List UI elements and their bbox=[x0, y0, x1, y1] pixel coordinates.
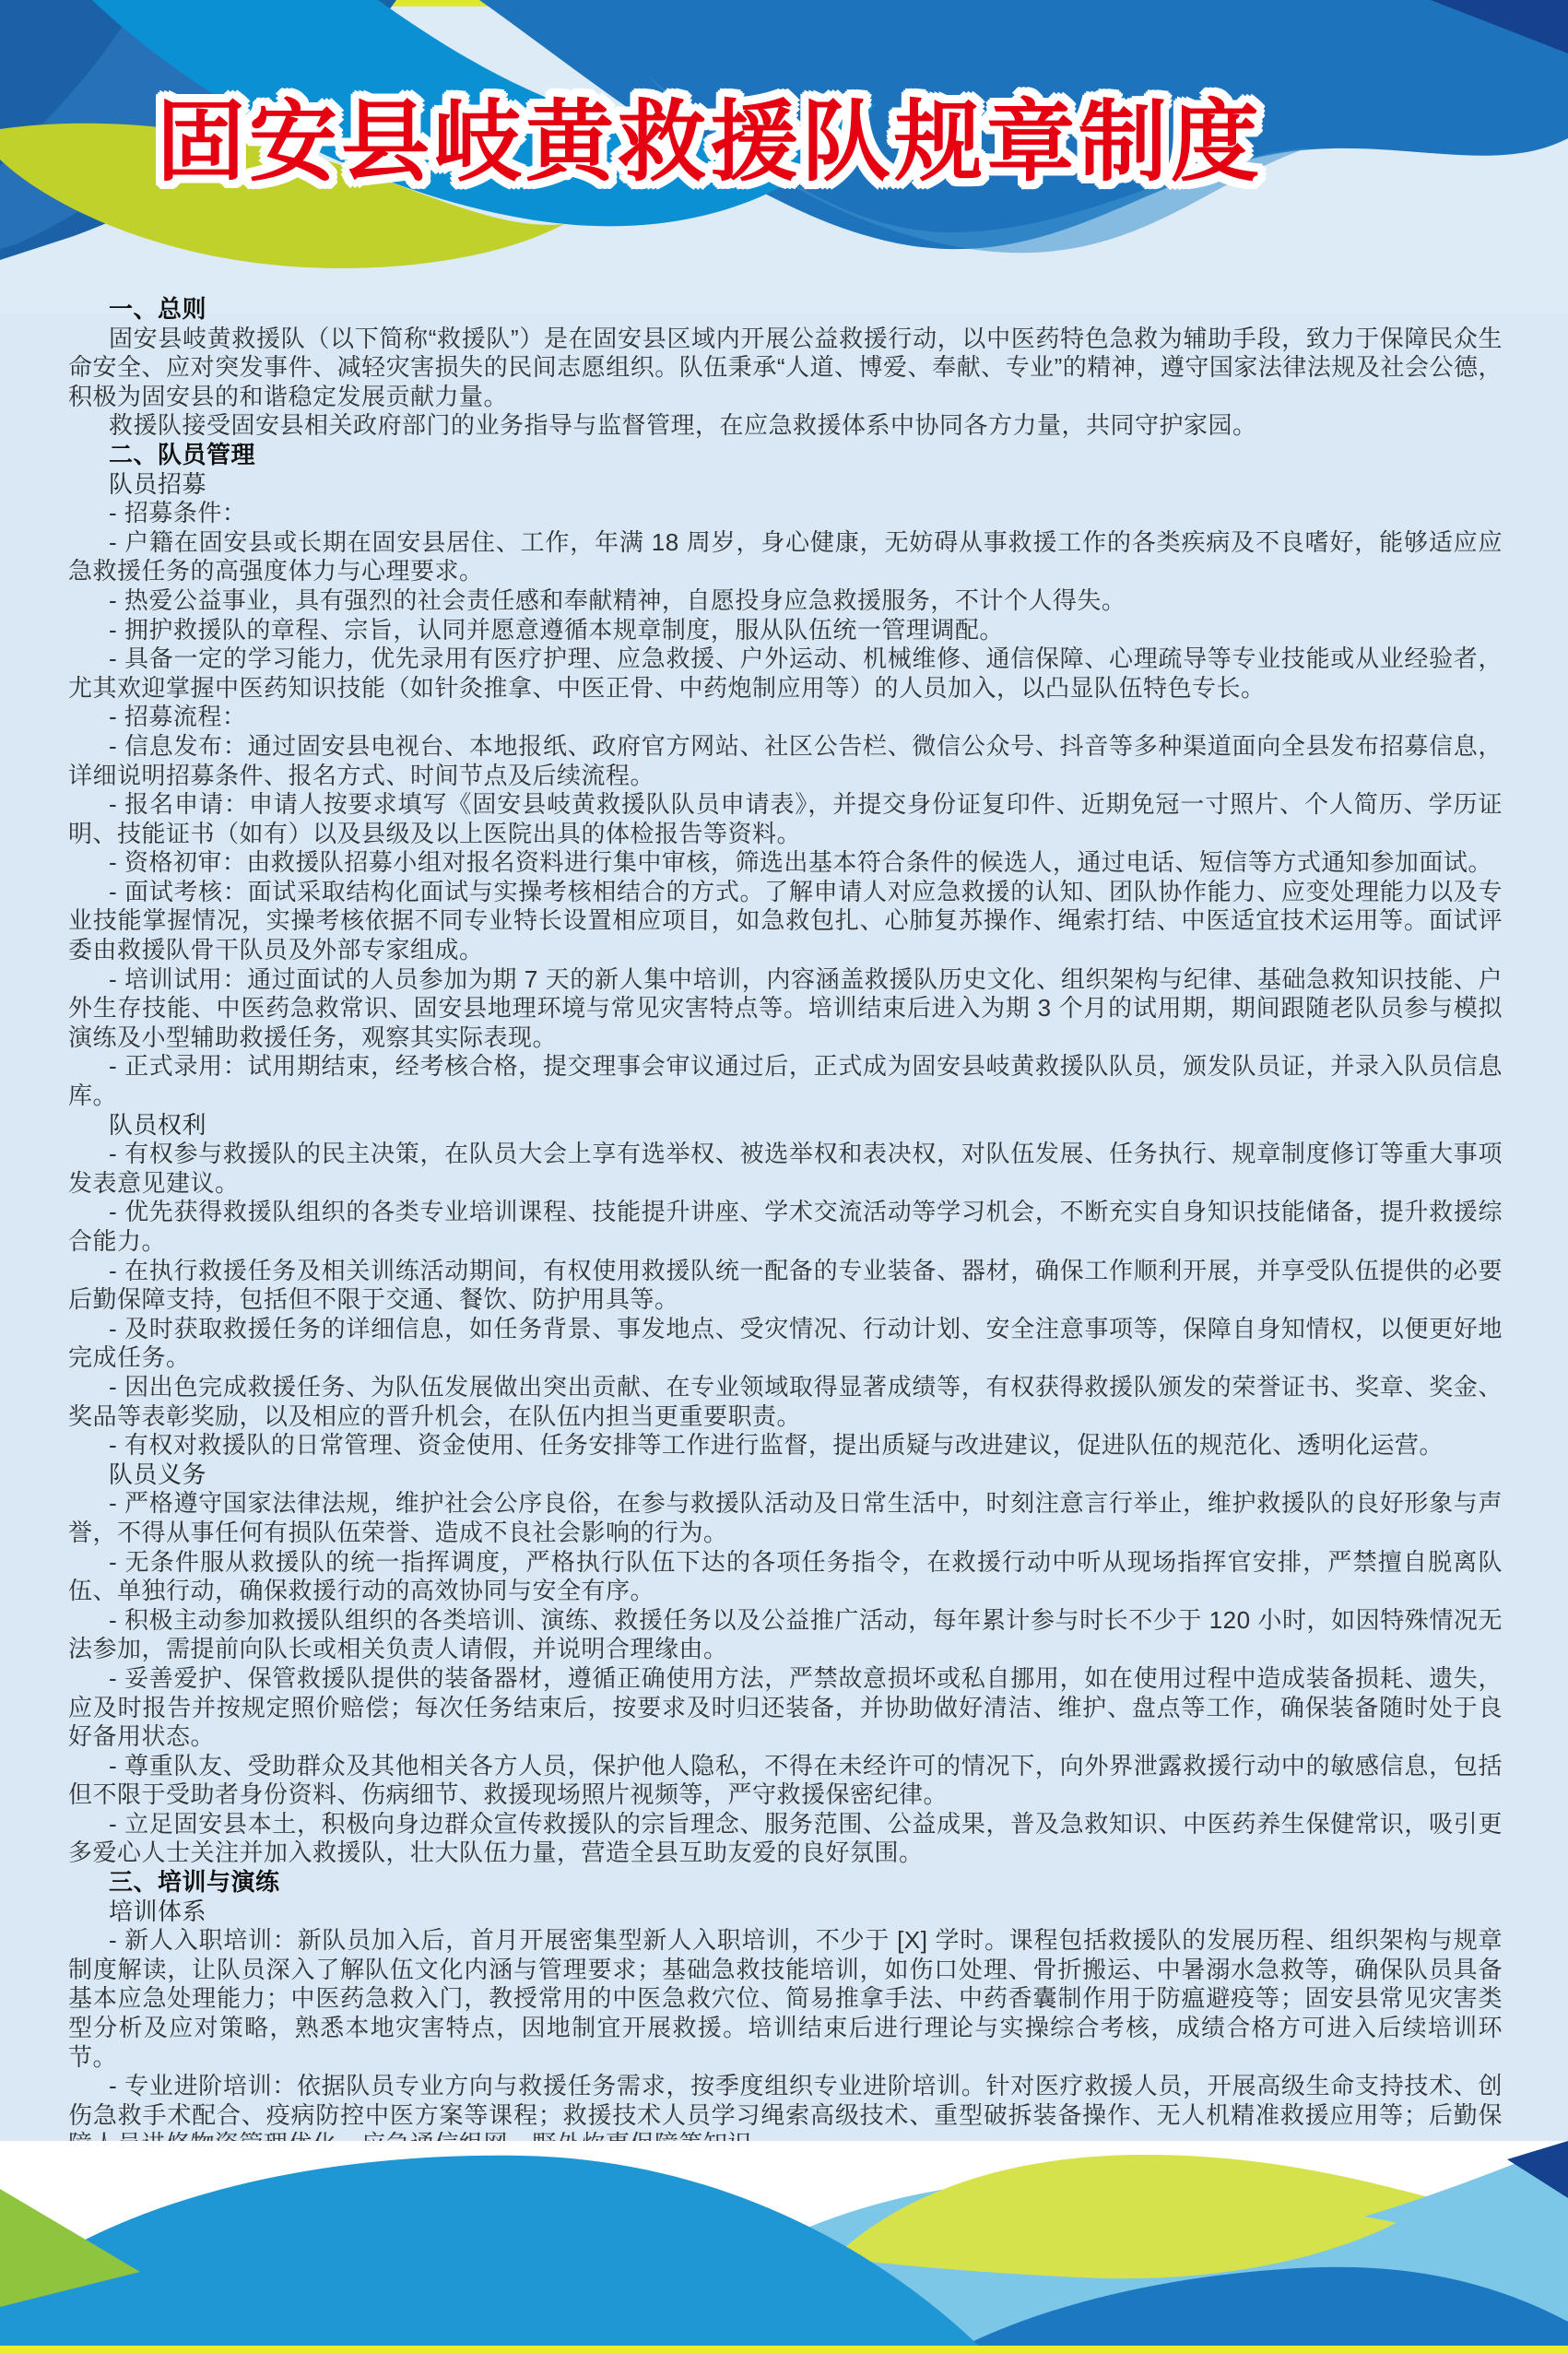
footer-wave-graphic bbox=[0, 2141, 1568, 2353]
subsection-heading: 队员招募 bbox=[68, 470, 1503, 500]
section-heading: 三、培训与演练 bbox=[68, 1868, 1503, 1898]
list-item: - 在执行救援任务及相关训练活动期间，有权使用救援队统一配备的专业装备、器材，确… bbox=[68, 1257, 1503, 1315]
list-item: - 无条件服从救援队的统一指挥调度，严格执行队伍下达的各项任务指令，在救援行动中… bbox=[68, 1548, 1503, 1606]
paragraph: 救援队接受固安县相关政府部门的业务指导与监督管理，在应急救援体系中协同各方力量，… bbox=[68, 411, 1503, 441]
page-title: 固安县岐黄救援队规章制度 bbox=[14, 72, 1406, 198]
list-item: - 新人入职培训：新队员加入后，首月开展密集型新人入职培训，不少于 [X] 学时… bbox=[68, 1926, 1503, 2072]
list-item: - 正式录用：试用期结束，经考核合格，提交理事会审议通过后，正式成为固安县岐黄救… bbox=[68, 1052, 1503, 1110]
list-item: - 因出色完成救援任务、为队伍发展做出突出贡献、在专业领域取得显著成绩等，有权获… bbox=[68, 1373, 1503, 1431]
list-item: - 面试考核：面试采取结构化面试与实操考核相结合的方式。了解申请人对应急救援的认… bbox=[68, 878, 1503, 965]
subsection-heading: 队员权利 bbox=[68, 1111, 1503, 1141]
list-item: - 尊重队友、受助群众及其他相关各方人员，保护他人隐私，不得在未经许可的情况下，… bbox=[68, 1752, 1503, 1810]
subsection-heading: 培训体系 bbox=[68, 1898, 1503, 1927]
list-item: - 资格初审：由救援队招募小组对报名资料进行集中审核，筛选出基本符合条件的候选人… bbox=[68, 848, 1503, 878]
list-item: - 具备一定的学习能力，优先录用有医疗护理、应急救援、户外运动、机械维修、通信保… bbox=[68, 644, 1503, 703]
list-item: - 优先获得救援队组织的各类专业培训课程、技能提升讲座、学术交流活动等学习机会，… bbox=[68, 1198, 1503, 1256]
list-item: - 有权对救援队的日常管理、资金使用、任务安排等工作进行监督，提出质疑与改进建议… bbox=[68, 1431, 1503, 1460]
list-item: - 拥护救援队的章程、宗旨，认同并愿意遵循本规章制度，服从队伍统一管理调配。 bbox=[68, 616, 1503, 645]
list-item: - 招募流程： bbox=[68, 703, 1503, 732]
document-body: 一、总则固安县岐黄救援队（以下简称“救援队”）是在固安县区域内开展公益救援行动，… bbox=[0, 295, 1568, 2159]
list-item: - 立足固安县本土，积极向身边群众宣传救援队的宗旨理念、服务范围、公益成果，普及… bbox=[68, 1810, 1503, 1868]
list-item: - 招募条件： bbox=[68, 499, 1503, 528]
section-heading: 二、队员管理 bbox=[68, 441, 1503, 470]
subsection-heading: 队员义务 bbox=[68, 1460, 1503, 1490]
list-item: - 妥善爱护、保管救援队提供的装备器材，遵循正确使用方法，严禁故意损坏或私自挪用… bbox=[68, 1664, 1503, 1752]
list-item: - 及时获取救援任务的详细信息，如任务背景、事发地点、受灾情况、行动计划、安全注… bbox=[68, 1315, 1503, 1373]
paragraph: 固安县岐黄救援队（以下简称“救援队”）是在固安县区域内开展公益救援行动，以中医药… bbox=[68, 325, 1503, 412]
list-item: - 户籍在固安县或长期在固安县居住、工作，年满 18 周岁，身心健康，无妨碍从事… bbox=[68, 528, 1503, 586]
list-item: - 有权参与救援队的民主决策，在队员大会上享有选举权、被选举权和表决权，对队伍发… bbox=[68, 1140, 1503, 1198]
list-item: - 信息发布：通过固安县电视台、本地报纸、政府官方网站、社区公告栏、微信公众号、… bbox=[68, 732, 1503, 790]
list-item: - 严格遵守国家法律法规，维护社会公序良俗，在参与救援队活动及日常生活中，时刻注… bbox=[68, 1489, 1503, 1547]
footer-banner bbox=[0, 2141, 1568, 2353]
footer-bottom-strip bbox=[0, 2346, 1568, 2353]
list-item: - 积极主动参加救援队组织的各类培训、演练、救援任务以及公益推广活动，每年累计参… bbox=[68, 1606, 1503, 1664]
list-item: - 培训试用：通过面试的人员参加为期 7 天的新人集中培训，内容涵盖救援队历史文… bbox=[68, 965, 1503, 1053]
regulations-poster: 固安县岐黄救援队规章制度 一、总则固安县岐黄救援队（以下简称“救援队”）是在固安… bbox=[0, 0, 1568, 2353]
list-item: - 报名申请：申请人按要求填写《固安县岐黄救援队队员申请表》，并提交身份证复印件… bbox=[68, 790, 1503, 848]
section-heading: 一、总则 bbox=[68, 295, 1503, 325]
header-banner: 固安县岐黄救援队规章制度 bbox=[0, 0, 1568, 313]
list-item: - 热爱公益事业，具有强烈的社会责任感和奉献精神，自愿投身应急救援服务，不计个人… bbox=[68, 586, 1503, 616]
